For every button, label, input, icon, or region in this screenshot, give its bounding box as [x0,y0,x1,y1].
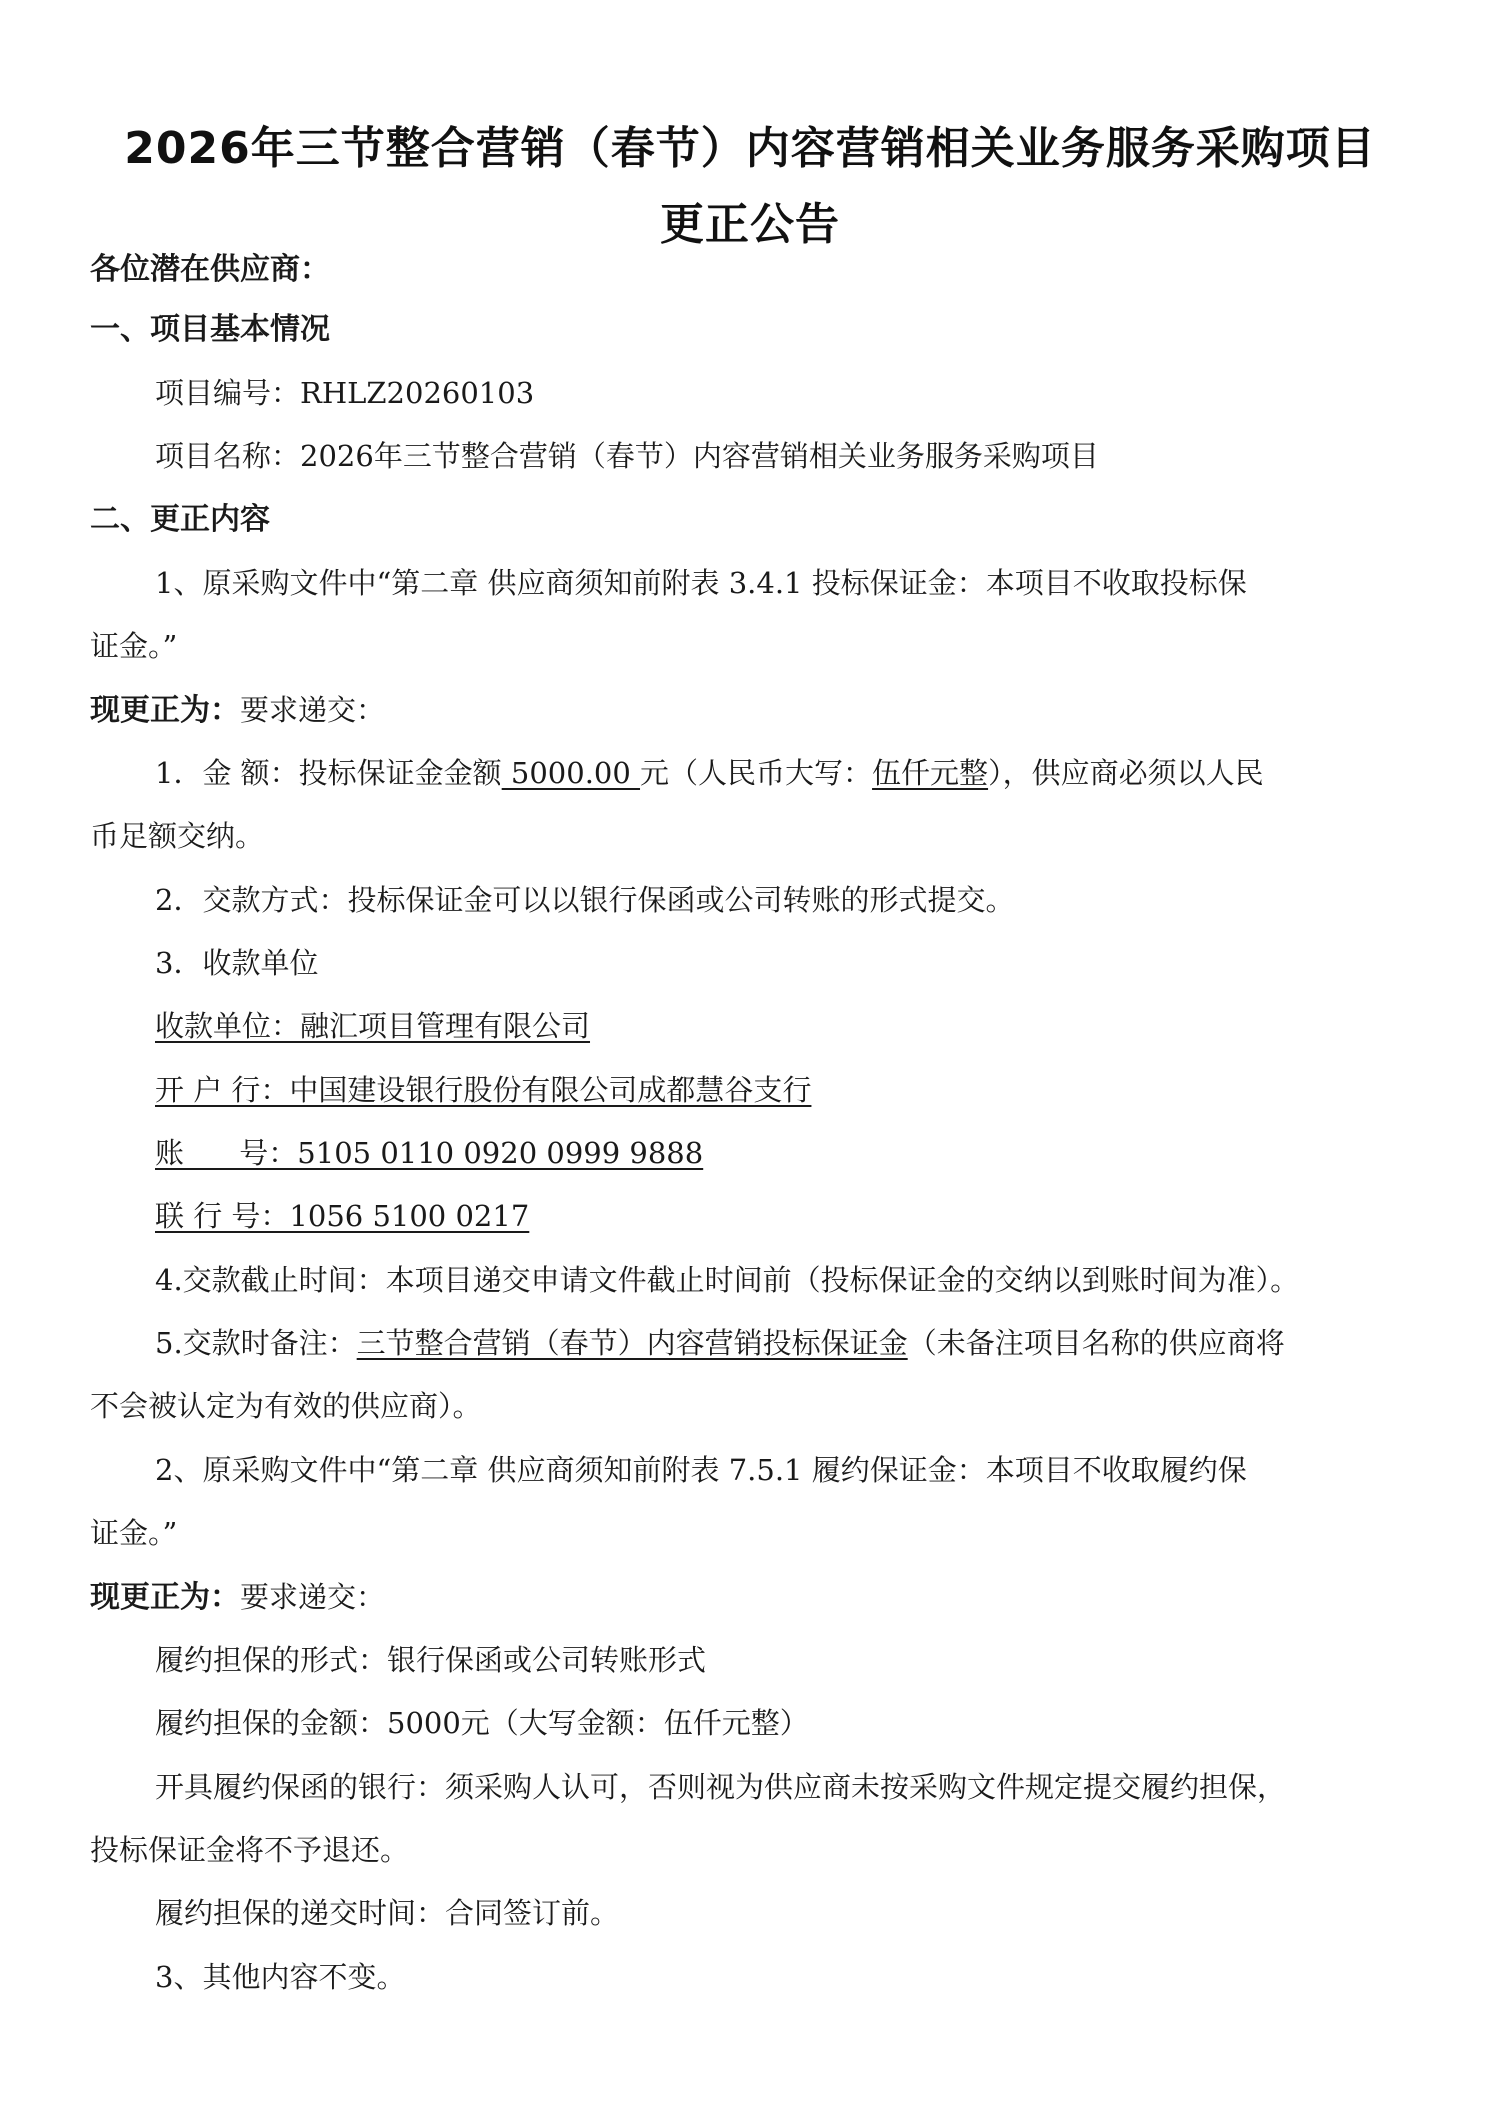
item1-original-line1: 1、原采购文件中“第二章 供应商须知前附表 3.4.1 投标保证金：本项目不收取… [155,563,1495,603]
corrected-label: 现更正为： [90,693,240,728]
bid-bond-amount: 1．金 额：投标保证金金额 5000.00 元（人民币大写：伍仟元整），供应商必… [155,753,1495,793]
amount-value: 5000.00 [502,756,640,790]
item1-original-line2: 证金。” [90,626,1430,666]
project-number-value: RHLZ20260103 [300,376,534,410]
item2-original-line2: 证金。” [90,1513,1430,1553]
project-name: 项目名称：2026年三节整合营销（春节）内容营销相关业务服务采购项目 [155,436,1495,476]
payment-method: 2．交款方式：投标保证金可以以银行保函或公司转账的形式提交。 [155,880,1495,920]
payee-bank-text: 开 户 行：中国建设银行股份有限公司成都慧谷支行 [155,1073,811,1107]
item3-unchanged: 3、其他内容不变。 [155,1957,1495,1997]
corrected-value: 要求递交： [240,693,385,727]
payee-heading: 3．收款单位 [155,943,1495,983]
performance-bond-form: 履约担保的形式：银行保函或公司转账形式 [155,1640,1495,1680]
performance-bond-time: 履约担保的递交时间：合同签订前。 [155,1893,1495,1933]
remark-value: 三节整合营销（春节）内容营销投标保证金 [357,1326,908,1360]
amount-prefix: 1．金 额：投标保证金金额 [155,756,502,790]
payment-remark: 5.交款时备注：三节整合营销（春节）内容营销投标保证金（未备注项目名称的供应商将 [155,1323,1495,1363]
remark-prefix: 5.交款时备注： [155,1326,357,1360]
bank-code: 联 行 号：1056 5100 0217 [155,1196,1495,1236]
item2-original-line1: 2、原采购文件中“第二章 供应商须知前附表 7.5.1 履约保证金：本项目不收取… [155,1450,1495,1490]
payee-name: 收款单位：融汇项目管理有限公司 [155,1006,1495,1046]
section2-heading: 二、更正内容 [90,500,1430,540]
payee-account: 账 号：5105 0110 0920 0999 9888 [155,1133,1495,1173]
item2-corrected: 现更正为：要求递交： [90,1577,1430,1618]
announcement-page: 2026年三节整合营销（春节）内容营销相关业务服务采购项目 更正公告 各位潜在供… [0,0,1500,2116]
document-title: 2026年三节整合营销（春节）内容营销相关业务服务采购项目 [60,112,1440,176]
project-name-label: 项目名称： [155,439,300,473]
item1-corrected: 现更正为：要求递交： [90,690,1430,731]
section1-heading: 一、项目基本情况 [90,310,1430,350]
remark-suffix: （未备注项目名称的供应商将 [908,1326,1285,1360]
performance-bond-amount: 履约担保的金额：5000元（大写金额：伍仟元整） [155,1703,1495,1743]
amount-suffix: ），供应商必须以人民 [988,756,1264,790]
project-number: 项目编号：RHLZ20260103 [155,373,1495,413]
project-number-label: 项目编号： [155,376,300,410]
payee-name-text: 收款单位：融汇项目管理有限公司 [155,1009,590,1043]
salutation: 各位潜在供应商： [90,250,1430,290]
bank-code-text: 联 行 号：1056 5100 0217 [155,1199,529,1233]
bid-bond-amount-line2: 币足额交纳。 [90,816,1430,856]
corrected-label: 现更正为： [90,1580,240,1615]
performance-bond-bank-line2: 投标保证金将不予退还。 [90,1830,1430,1870]
performance-bond-bank: 开具履约保函的银行：须采购人认可，否则视为供应商未按采购文件规定提交履约担保， [155,1767,1495,1807]
amount-mid: 元（人民币大写： [640,756,872,790]
corrected-value: 要求递交： [240,1580,385,1614]
payment-deadline: 4.交款截止时间：本项目递交申请文件截止时间前（投标保证金的交纳以到账时间为准）… [155,1260,1495,1300]
amount-words: 伍仟元整 [872,756,988,790]
payment-remark-line2: 不会被认定为有效的供应商）。 [90,1386,1430,1426]
payee-bank: 开 户 行：中国建设银行股份有限公司成都慧谷支行 [155,1070,1495,1110]
project-name-value: 2026年三节整合营销（春节）内容营销相关业务服务采购项目 [300,439,1099,473]
payee-account-text: 账 号：5105 0110 0920 0999 9888 [155,1136,703,1170]
document-subtitle: 更正公告 [60,188,1440,252]
